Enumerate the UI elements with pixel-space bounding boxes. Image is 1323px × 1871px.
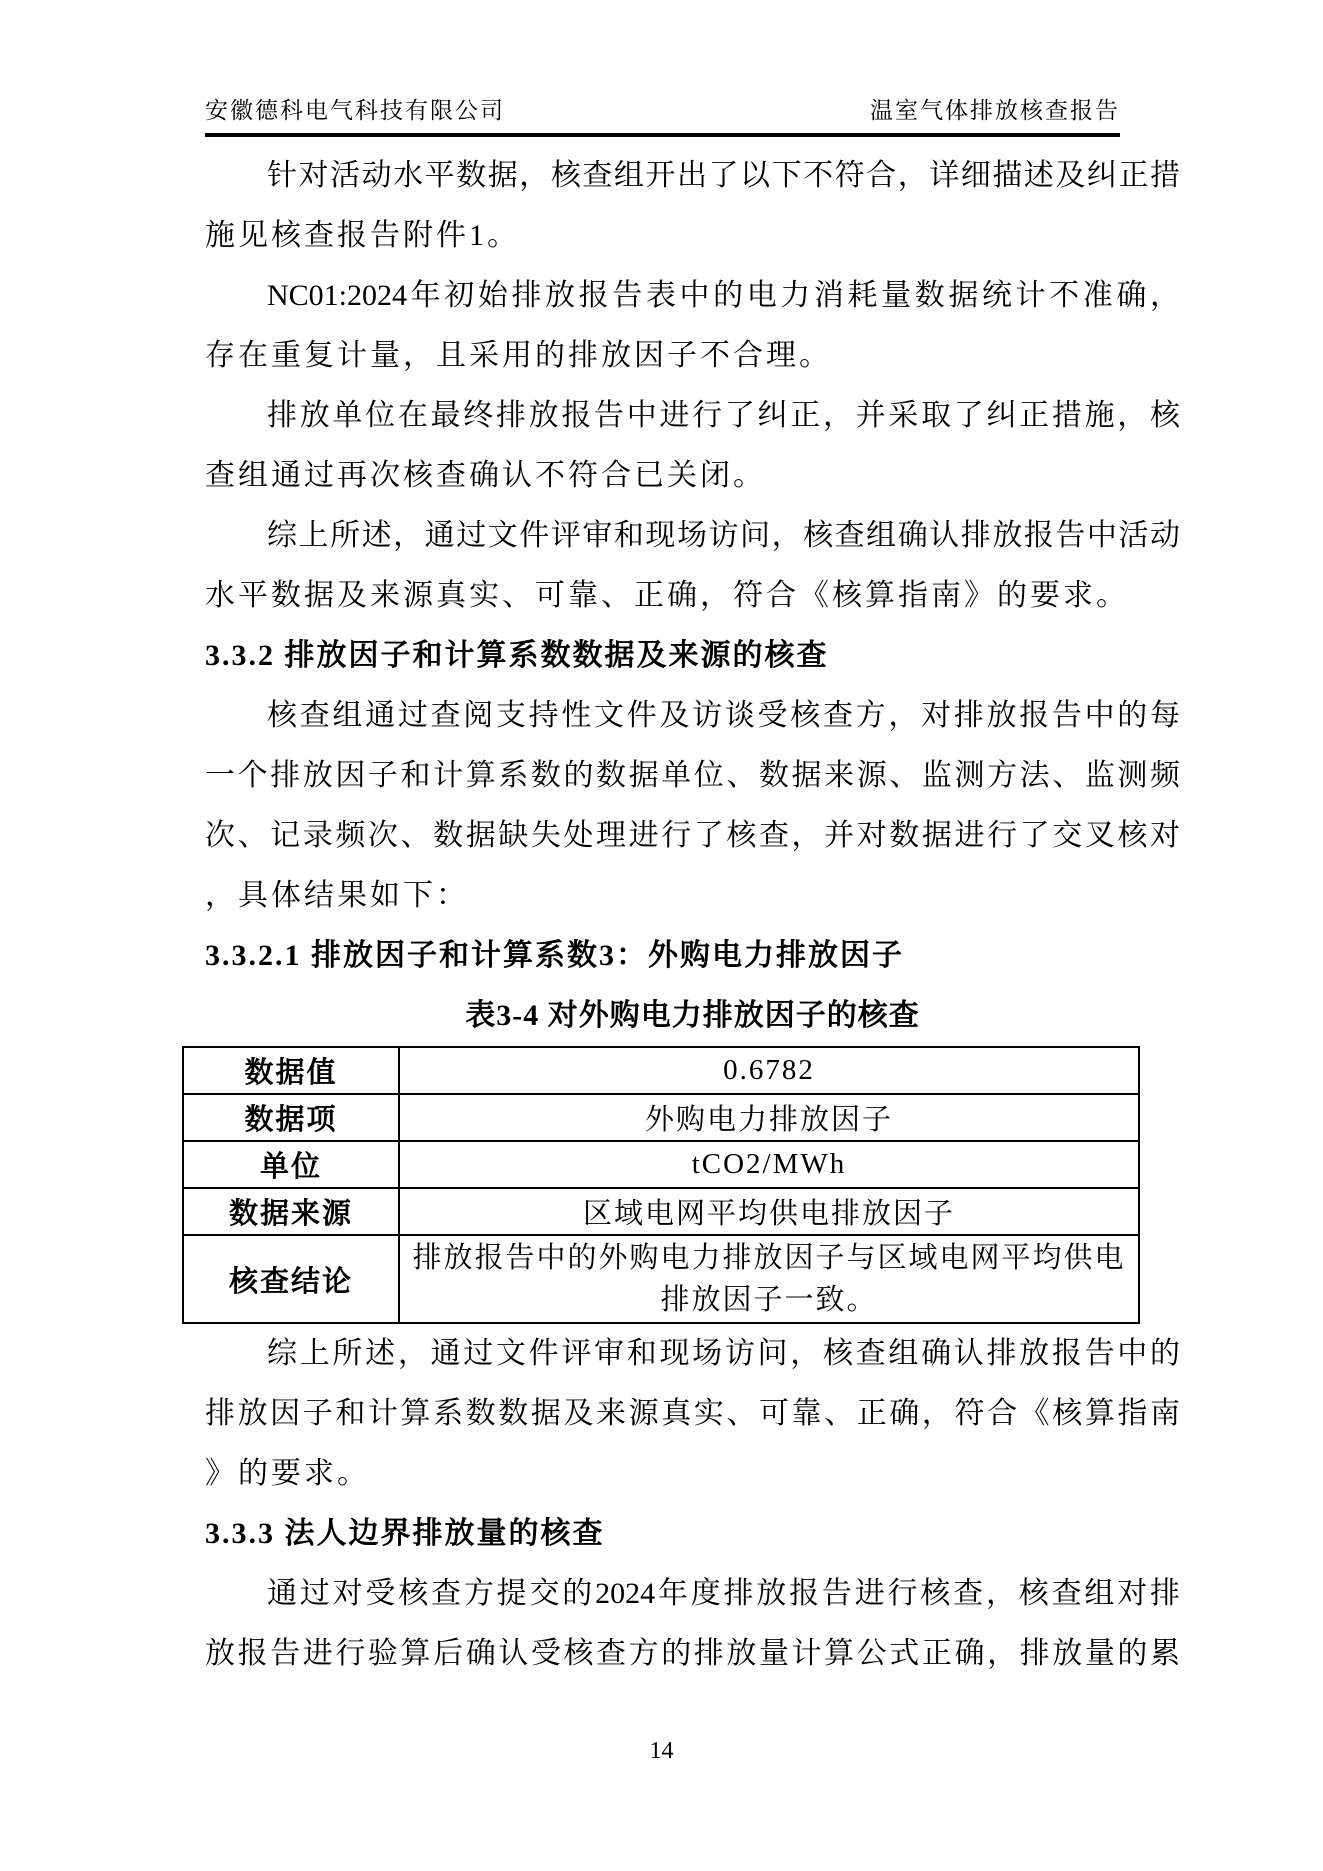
table-row: 数据项 外购电力排放因子 [183, 1094, 1139, 1141]
row-label-cell: 数据来源 [183, 1188, 399, 1235]
paragraph-boundary-emissions: 通过对受核查方提交的2024年度排放报告进行核查，核查组对排 放报告进行验算后确… [205, 1564, 1180, 1684]
paragraph-line: 综上所述，通过文件评审和现场访问，核查组确认排放报告中活动 [205, 506, 1180, 566]
paragraph-line: ，具体结果如下： [205, 866, 1180, 926]
page-header: 安徽德科电气科技有限公司 温室气体排放核查报告 [205, 96, 1120, 137]
table-row: 单位 tCO2/MWh [183, 1141, 1139, 1188]
table-caption: 表3-4 对外购电力排放因子的核查 [205, 986, 1180, 1046]
section-heading-3-3-3: 3.3.3 法人边界排放量的核查 [205, 1504, 1180, 1564]
row-value-cell: 区域电网平均供电排放因子 [399, 1188, 1139, 1235]
page-footer: 14 [0, 1738, 1323, 1765]
paragraph-ef-method: 核查组通过查阅支持性文件及访谈受核查方，对排放报告中的每 一个排放因子和计算系数… [205, 686, 1180, 926]
paragraph-line: 一个排放因子和计算系数的数据单位、数据来源、监测方法、监测频 [205, 746, 1180, 806]
paragraph-correction: 排放单位在最终排放报告中进行了纠正，并采取了纠正措施，核 查组通过再次核查确认不… [205, 386, 1180, 506]
row-label-cell: 核查结论 [183, 1235, 399, 1323]
row-value-cell: 外购电力排放因子 [399, 1094, 1139, 1141]
paragraph-line: 排放单位在最终排放报告中进行了纠正，并采取了纠正措施，核 [205, 386, 1180, 446]
paragraph-nc01: NC01:2024年初始排放报告表中的电力消耗量数据统计不准确， 存在重复计量，… [205, 266, 1180, 386]
paragraph-line: 针对活动水平数据，核查组开出了以下不符合，详细描述及纠正措 [205, 146, 1180, 206]
paragraph-activity-nonconformity: 针对活动水平数据，核查组开出了以下不符合，详细描述及纠正措 施见核查报告附件1。 [205, 146, 1180, 266]
paragraph-line: 》的要求。 [205, 1444, 1180, 1504]
section-heading-3-3-2: 3.3.2 排放因子和计算系数数据及来源的核查 [205, 626, 1180, 686]
paragraph-line: 施见核查报告附件1。 [205, 206, 1180, 266]
paragraph-line: 综上所述，通过文件评审和现场访问，核查组确认排放报告中的 [205, 1324, 1180, 1384]
paragraph-line: 放报告进行验算后确认受核查方的排放量计算公式正确，排放量的累 [205, 1624, 1180, 1684]
section-heading-3-3-2-1: 3.3.2.1 排放因子和计算系数3：外购电力排放因子 [205, 926, 1180, 986]
header-report-title: 温室气体排放核查报告 [870, 96, 1120, 126]
row-label-cell: 数据项 [183, 1094, 399, 1141]
header-company-name: 安徽德科电气科技有限公司 [205, 96, 505, 126]
row-label-cell: 单位 [183, 1141, 399, 1188]
row-value-cell: 0.6782 [399, 1047, 1139, 1094]
paragraph-line: 查组通过再次核查确认不符合已关闭。 [205, 446, 1180, 506]
paragraph-line: 存在重复计量，且采用的排放因子不合理。 [205, 326, 1180, 386]
table-row: 数据值 0.6782 [183, 1047, 1139, 1094]
verification-table: 数据值 0.6782 数据项 外购电力排放因子 单位 tCO2/MWh 数据来源… [182, 1046, 1140, 1324]
paragraph-line: NC01:2024年初始排放报告表中的电力消耗量数据统计不准确， [205, 266, 1180, 326]
paragraph-line: 次、记录频次、数据缺失处理进行了核查，并对数据进行了交叉核对 [205, 806, 1180, 866]
paragraph-line: 通过对受核查方提交的2024年度排放报告进行核查，核查组对排 [205, 1564, 1180, 1624]
paragraph-line: 核查组通过查阅支持性文件及访谈受核查方，对排放报告中的每 [205, 686, 1180, 746]
row-label-cell: 数据值 [183, 1047, 399, 1094]
page-number: 14 [650, 1738, 674, 1764]
paragraph-ef-conclusion: 综上所述，通过文件评审和现场访问，核查组确认排放报告中的 排放因子和计算系数数据… [205, 1324, 1180, 1504]
row-value-cell: tCO2/MWh [399, 1141, 1139, 1188]
paragraph-line: 水平数据及来源真实、可靠、正确，符合《核算指南》的要求。 [205, 566, 1180, 626]
table-row: 核查结论 排放报告中的外购电力排放因子与区域电网平均供电排放因子一致。 [183, 1235, 1139, 1323]
page-content: 针对活动水平数据，核查组开出了以下不符合，详细描述及纠正措 施见核查报告附件1。… [205, 146, 1180, 1684]
row-value-cell: 排放报告中的外购电力排放因子与区域电网平均供电排放因子一致。 [399, 1235, 1139, 1323]
table-row: 数据来源 区域电网平均供电排放因子 [183, 1188, 1139, 1235]
paragraph-line: 排放因子和计算系数数据及来源真实、可靠、正确，符合《核算指南 [205, 1384, 1180, 1444]
paragraph-activity-conclusion: 综上所述，通过文件评审和现场访问，核查组确认排放报告中活动 水平数据及来源真实、… [205, 506, 1180, 626]
document-page: 安徽德科电气科技有限公司 温室气体排放核查报告 针对活动水平数据，核查组开出了以… [0, 0, 1323, 1871]
